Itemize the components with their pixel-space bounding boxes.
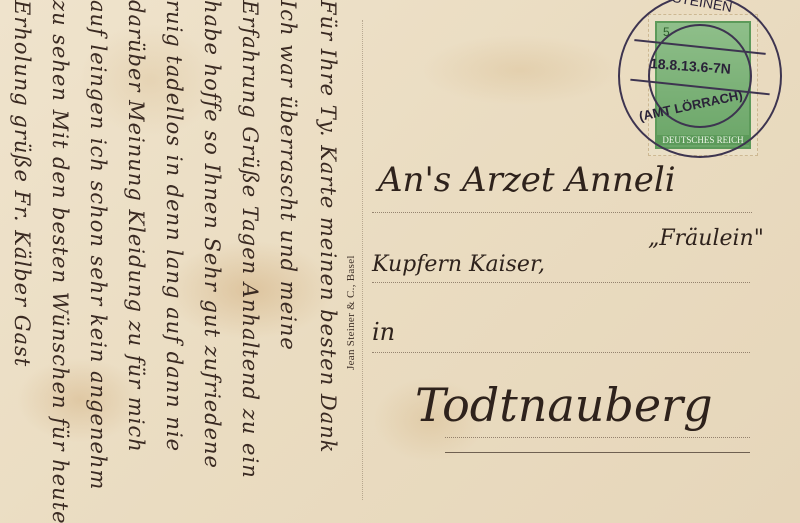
- message-line: Erfahrung Grüße Tagen Anhaltend zu ein: [238, 0, 262, 479]
- postcard-back: Für Ihre Ty. Karte meinen besten Dank Ic…: [0, 0, 800, 523]
- handwritten-message: Für Ihre Ty. Karte meinen besten Dank Ic…: [0, 0, 340, 523]
- message-line: ruig tadellos in denn lang auf dann nie: [162, 0, 186, 452]
- publisher-imprint: Jean Steiner & C., Basel: [345, 255, 357, 370]
- postmark-icon: STEINEN 18.8.13.6-7N (AMT LÖRRACH): [618, 0, 782, 158]
- message-line: zu sehen Mit den besten Wünschen für heu…: [48, 0, 72, 523]
- postmark-town: STEINEN: [671, 0, 734, 15]
- address-rule: [372, 352, 750, 353]
- address-line-1: An's Arzet Anneli: [378, 160, 676, 200]
- address-line-3: in: [372, 318, 395, 346]
- address-line-4: Todtnauberg: [415, 378, 713, 432]
- message-line: Ich war überrascht und meine: [276, 0, 300, 351]
- message-line: auf leingen ich schon sehr kein angenehm: [86, 0, 110, 490]
- address-rule: [372, 212, 752, 213]
- address-underline: [445, 452, 750, 453]
- address-rule: [372, 282, 750, 283]
- message-line: darüber Meinung Kleidung zu für mich: [124, 0, 148, 453]
- address-line-2: Kupfern Kaiser,: [372, 252, 545, 277]
- address-annotation: „Fräulein": [648, 226, 764, 251]
- divider-line: [362, 20, 363, 500]
- message-line: Erholung grüße Fr. Kälber Gast: [10, 0, 34, 367]
- address-rule: [445, 437, 750, 438]
- message-line: habe hoffe so Ihnen Sehr gut zufriedene: [200, 0, 224, 469]
- message-line: Für Ihre Ty. Karte meinen besten Dank: [316, 0, 340, 454]
